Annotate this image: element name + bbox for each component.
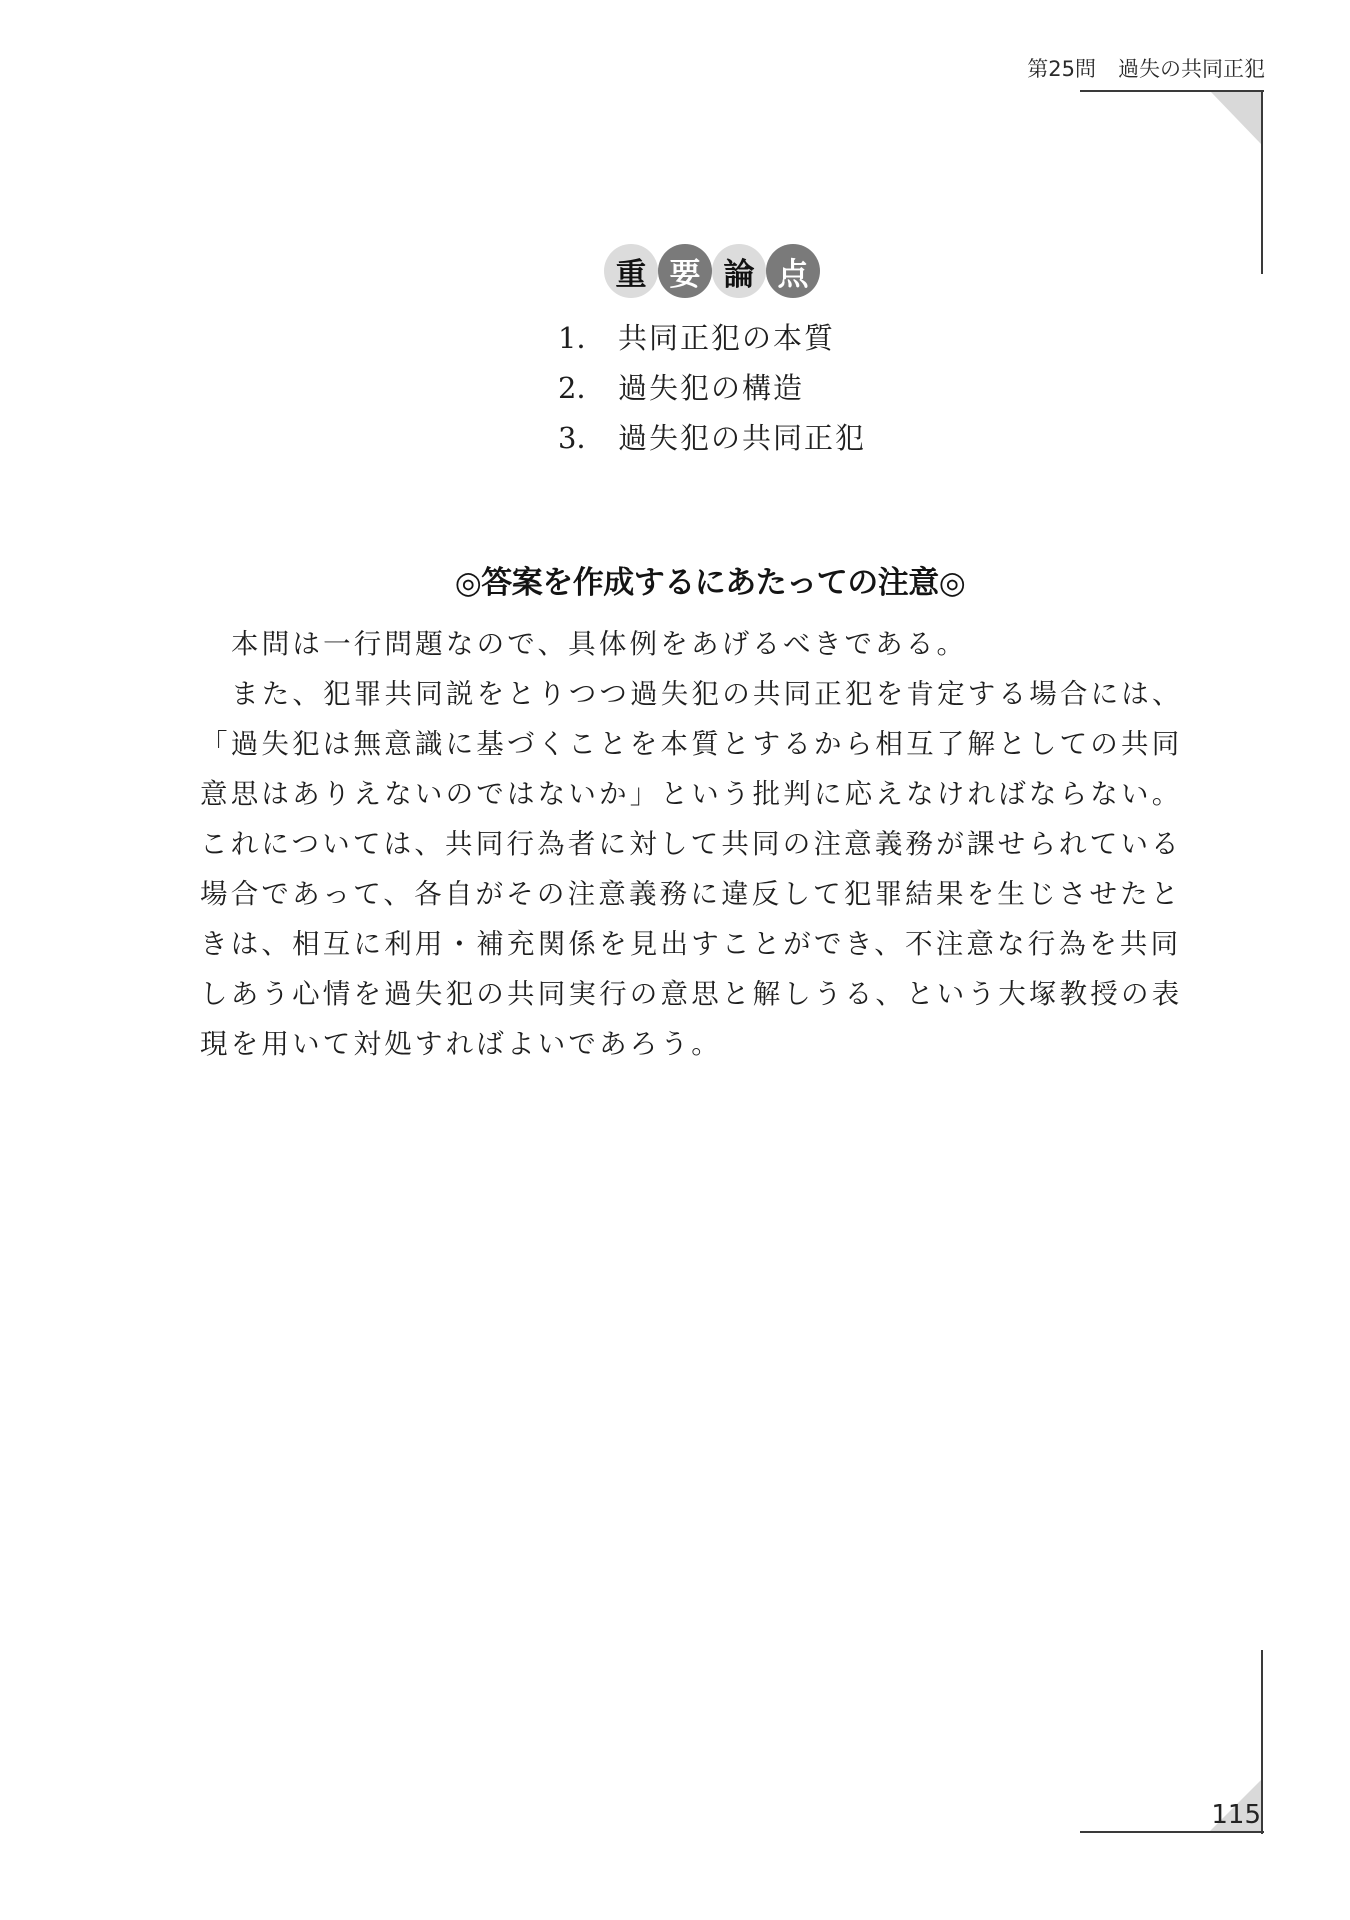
- key-point-item: 3． 過失犯の共同正犯: [558, 418, 866, 468]
- notes-heading: ◎答案を作成するにあたっての注意◎: [400, 560, 1020, 606]
- bottom-corner-rule-horizontal: [1080, 1831, 1264, 1833]
- chapter-number: 第25問: [1027, 57, 1096, 81]
- key-point-text: 過失犯の共同正犯: [618, 418, 866, 468]
- key-point-number: 1．: [558, 318, 618, 368]
- chapter-title: 過失の共同正犯: [1118, 57, 1265, 81]
- key-points-title: 重 要 論 点: [604, 244, 820, 298]
- key-point-number: 3．: [558, 418, 618, 468]
- notes-line: これについては、共同行為者に対して共同の注意義務が課せられている: [200, 819, 1230, 869]
- top-corner-triangle-icon: [1211, 92, 1261, 144]
- key-points-badge: 重: [604, 244, 658, 298]
- key-point-item: 2． 過失犯の構造: [558, 368, 866, 418]
- notes-line: 本問は一行問題なので、具体例をあげるべきである。: [200, 619, 1230, 669]
- notes-line: また、犯罪共同説をとりつつ過失犯の共同正犯を肯定する場合には、: [200, 669, 1230, 719]
- notes-line: しあう心情を過失犯の共同実行の意思と解しうる、という大塚教授の表: [200, 969, 1230, 1019]
- notes-line: 意思はありえないのではないか」という批判に応えなければならない。: [200, 769, 1230, 819]
- key-points-list: 1． 共同正犯の本質 2． 過失犯の構造 3． 過失犯の共同正犯: [558, 318, 866, 468]
- notes-line: 「過失犯は無意識に基づくことを本質とするから相互了解としての共同: [200, 719, 1230, 769]
- notes-line: 場合であって、各自がその注意義務に違反して犯罪結果を生じさせたと: [200, 869, 1230, 919]
- key-points-badge: 論: [712, 244, 766, 298]
- key-points-badge: 点: [766, 244, 820, 298]
- key-point-text: 過失犯の構造: [618, 368, 804, 418]
- notes-line: きは、相互に利用・補充関係を見出すことができ、不注意な行為を共同: [200, 919, 1230, 969]
- key-points-badge: 要: [658, 244, 712, 298]
- notes-body: 本問は一行問題なので、具体例をあげるべきである。 また、犯罪共同説をとりつつ過失…: [200, 619, 1230, 1069]
- key-point-item: 1． 共同正犯の本質: [558, 318, 866, 368]
- key-point-text: 共同正犯の本質: [618, 318, 835, 368]
- page-number: 115: [1205, 1800, 1261, 1830]
- bottom-corner-rule-vertical: [1261, 1650, 1263, 1834]
- running-header: 第25問過失の共同正犯: [980, 52, 1265, 86]
- key-point-number: 2．: [558, 368, 618, 418]
- notes-line: 現を用いて対処すればよいであろう。: [200, 1019, 1230, 1069]
- top-corner-rule-vertical: [1261, 90, 1263, 274]
